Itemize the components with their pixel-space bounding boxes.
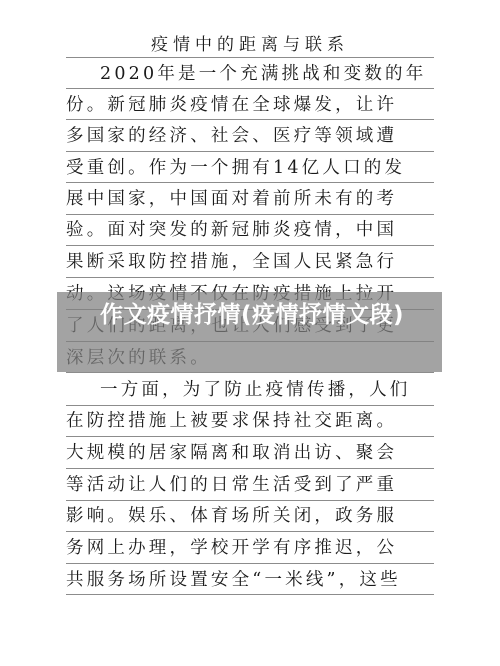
rule-line xyxy=(66,88,434,89)
essay-line: 份。新冠肺炎疫情在全球爆发，让许 xyxy=(66,91,436,119)
rule-line xyxy=(66,531,434,532)
rule-line xyxy=(66,119,434,120)
rule-line xyxy=(66,182,434,183)
rule-line xyxy=(66,436,434,437)
essay-line: 大规模的居家隔离和取消出访、聚会 xyxy=(66,439,436,467)
essay-line: 务网上办理，学校开学有序推迟，公 xyxy=(66,534,436,562)
rule-line xyxy=(66,594,434,595)
essay-title: 疫情中的距离与联系 xyxy=(66,33,434,57)
essay-line: 共服务场所设置安全“一米线”，这些 xyxy=(66,566,436,594)
rule-line xyxy=(66,151,434,152)
rule-line xyxy=(66,500,434,501)
essay-line: 一方面，为了防止疫情传播，人们 xyxy=(66,376,436,404)
essay-line: 2020年是一个充满挑战和变数的年 xyxy=(66,60,436,88)
essay-page: 疫情中的距离与联系 2020年是一个充满挑战和变数的年 份。新冠肺炎疫情在全球爆… xyxy=(0,0,500,666)
essay-line: 影响。娱乐、体育场所关闭，政务服 xyxy=(66,502,436,530)
essay-line: 果断采取防控措施，全国人民紧急行 xyxy=(66,248,436,276)
essay-line: 受重创。作为一个拥有14亿人口的发 xyxy=(66,154,436,182)
rule-line xyxy=(66,563,434,564)
rule-line xyxy=(66,57,434,58)
rule-line xyxy=(66,405,434,406)
rule-line xyxy=(66,277,434,278)
overlay-title: 作文疫情抒情(疫情抒情文段) xyxy=(72,298,432,332)
rule-line xyxy=(66,214,434,215)
essay-line: 在防控措施上被要求保持社交距离。 xyxy=(66,407,436,435)
essay-line: 多国家的经济、社会、医疗等领域遭 xyxy=(66,122,436,150)
essay-line: 展中国家，中国面对着前所未有的考 xyxy=(66,185,436,213)
essay-line: 等活动让人们的日常生活受到了严重 xyxy=(66,471,436,499)
rule-line xyxy=(66,245,434,246)
essay-line: 验。面对突发的新冠肺炎疫情，中国 xyxy=(66,216,436,244)
rule-line xyxy=(66,372,434,373)
rule-line xyxy=(66,468,434,469)
